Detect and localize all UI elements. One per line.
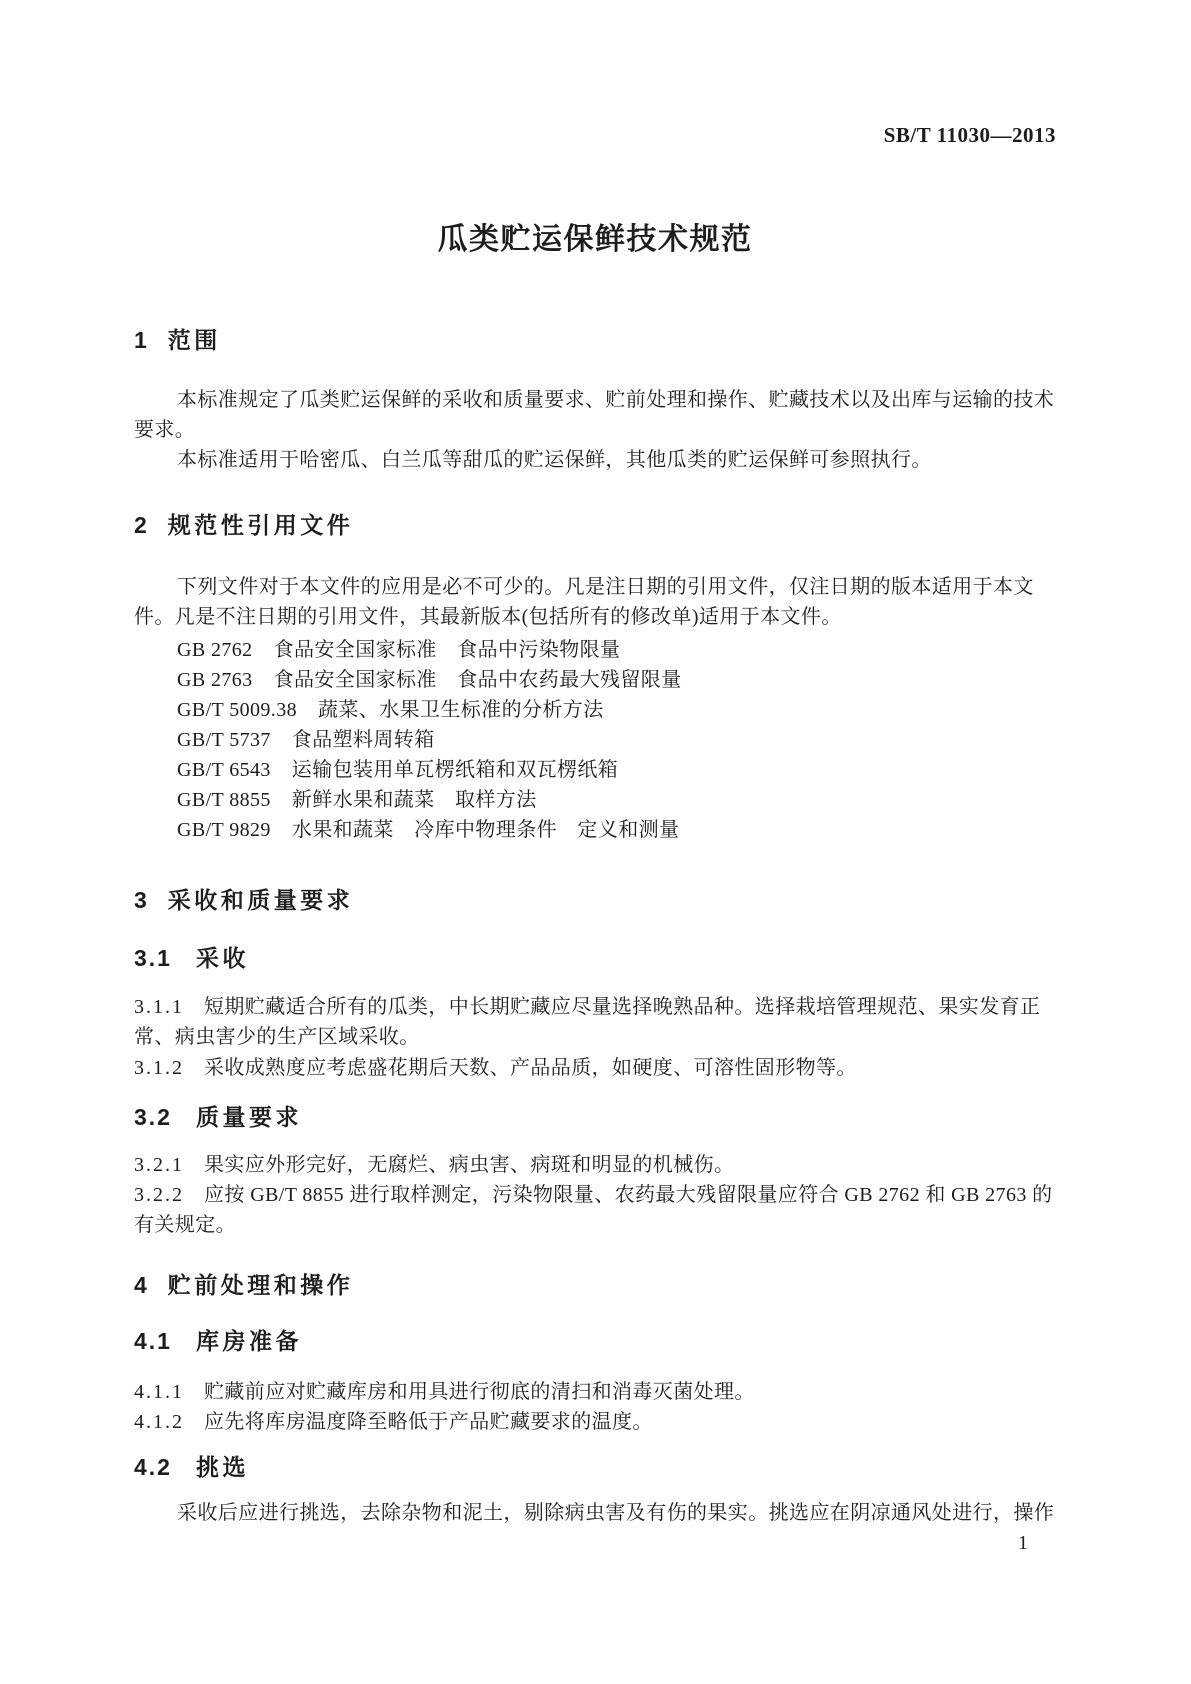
page-content: SB/T 11030—2013 瓜类贮运保鲜技术规范 1范围 本标准规定了瓜类贮… [134,0,1056,1528]
section-number: 4 [134,1272,148,1298]
reference-item: GB/T 5009.38蔬菜、水果卫生标准的分析方法 [177,695,1056,725]
scope-paragraph-2: 本标准适用于哈密瓜、白兰瓜等甜瓜的贮运保鲜，其他瓜类的贮运保鲜可参照执行。 [134,445,1056,475]
clause-3-1-1: 3.1.1短期贮藏适合所有的瓜类，中长期贮藏应尽量选择晚熟品种。选择栽培管理规范… [134,992,1056,1052]
references-intro: 下列文件对于本文件的应用是必不可少的。凡是注日期的引用文件，仅注日期的版本适用于… [134,572,1056,632]
section-title: 范围 [168,327,221,353]
section-number: 2 [134,512,148,538]
standard-number: SB/T 11030—2013 [134,122,1056,148]
clause-text: 应按 GB/T 8855 进行取样测定，污染物限量、农药最大残留限量应符合 GB… [134,1184,1053,1236]
reference-code: GB 2763 [177,669,253,691]
subsection-title: 质量要求 [196,1104,302,1130]
reference-code: GB/T 8855 [177,789,271,811]
clause-number: 4.1.1 [134,1381,184,1403]
section-4-heading: 4贮前处理和操作 [134,1271,1056,1299]
section-title: 采收和质量要求 [168,887,354,913]
section-2-heading: 2规范性引用文件 [134,511,1056,539]
scope-paragraph-1: 本标准规定了瓜类贮运保鲜的采收和质量要求、贮前处理和操作、贮藏技术以及出库与运输… [134,385,1056,445]
section-4-2-heading: 4.2挑选 [134,1453,1056,1481]
subsection-number: 4.1 [134,1328,172,1354]
reference-item: GB 2763食品安全国家标准 食品中农药最大残留限量 [177,665,1056,695]
clause-number: 3.2.1 [134,1154,184,1176]
reference-code: GB/T 9829 [177,819,271,841]
clause-text: 果实应外形完好，无腐烂、病虫害、病斑和明显的机械伤。 [204,1154,734,1176]
reference-item: GB/T 6543运输包装用单瓦楞纸箱和双瓦楞纸箱 [177,755,1056,785]
clause-3-1-2: 3.1.2采收成熟度应考虑盛花期后天数、产品品质，如硬度、可溶性固形物等。 [134,1053,1056,1083]
section-title: 规范性引用文件 [168,512,354,538]
clause-text: 短期贮藏适合所有的瓜类，中长期贮藏应尽量选择晚熟品种。选择栽培管理规范、果实发育… [134,996,1040,1048]
reference-code: GB/T 5737 [177,729,271,751]
reference-code: GB 2762 [177,639,253,661]
subsection-number: 3.1 [134,945,172,971]
reference-title: 食品塑料周转箱 [292,729,435,751]
subsection-title: 采收 [196,945,249,971]
reference-title: 食品安全国家标准 食品中农药最大残留限量 [274,669,682,691]
section-1-heading: 1范围 [134,326,1056,354]
clause-4-1-1: 4.1.1贮藏前应对贮藏库房和用具进行彻底的清扫和消毒灭菌处理。 [134,1377,1056,1407]
reference-item: GB/T 8855新鲜水果和蔬菜 取样方法 [177,785,1056,815]
section-title: 贮前处理和操作 [168,1272,354,1298]
section-number: 3 [134,887,148,913]
reference-title: 运输包装用单瓦楞纸箱和双瓦楞纸箱 [292,759,618,781]
subsection-title: 库房准备 [196,1328,302,1354]
clause-number: 4.1.2 [134,1411,184,1433]
clause-number: 3.1.2 [134,1057,184,1079]
subsection-title: 挑选 [196,1454,249,1480]
reference-title: 蔬菜、水果卫生标准的分析方法 [318,699,604,721]
reference-code: GB/T 6543 [177,759,271,781]
subsection-number: 4.2 [134,1454,172,1480]
reference-item: GB/T 9829水果和蔬菜 冷库中物理条件 定义和测量 [177,815,1056,845]
clause-4-1-2: 4.1.2应先将库房温度降至略低于产品贮藏要求的温度。 [134,1407,1056,1437]
section-4-1-heading: 4.1库房准备 [134,1327,1056,1355]
reference-item: GB 2762食品安全国家标准 食品中污染物限量 [177,635,1056,665]
section-number: 1 [134,327,148,353]
clause-text: 采收成熟度应考虑盛花期后天数、产品品质，如硬度、可溶性固形物等。 [204,1057,857,1079]
clause-text: 贮藏前应对贮藏库房和用具进行彻底的清扫和消毒灭菌处理。 [204,1381,755,1403]
clause-3-2-1: 3.2.1果实应外形完好，无腐烂、病虫害、病斑和明显的机械伤。 [134,1150,1056,1180]
clause-number: 3.1.1 [134,996,184,1018]
selection-paragraph: 采收后应进行挑选，去除杂物和泥土，剔除病虫害及有伤的果实。挑选应在阴凉通风处进行… [134,1498,1056,1528]
reference-code: GB/T 5009.38 [177,699,297,721]
reference-title: 食品安全国家标准 食品中污染物限量 [274,639,621,661]
document-page: SB/T 11030—2013 瓜类贮运保鲜技术规范 1范围 本标准规定了瓜类贮… [0,0,1191,1684]
reference-item: GB/T 5737食品塑料周转箱 [177,725,1056,755]
clause-3-2-2: 3.2.2应按 GB/T 8855 进行取样测定，污染物限量、农药最大残留限量应… [134,1180,1056,1240]
clause-number: 3.2.2 [134,1184,184,1206]
section-3-heading: 3采收和质量要求 [134,886,1056,914]
section-3-2-heading: 3.2质量要求 [134,1103,1056,1131]
reference-title: 新鲜水果和蔬菜 取样方法 [292,789,537,811]
normative-references-list: GB 2762食品安全国家标准 食品中污染物限量 GB 2763食品安全国家标准… [134,635,1056,845]
section-3-1-heading: 3.1采收 [134,944,1056,972]
page-number: 1 [1018,1531,1028,1555]
clause-text: 应先将库房温度降至略低于产品贮藏要求的温度。 [204,1411,653,1433]
subsection-number: 3.2 [134,1104,172,1130]
document-title: 瓜类贮运保鲜技术规范 [134,220,1056,260]
reference-title: 水果和蔬菜 冷库中物理条件 定义和测量 [292,819,680,841]
